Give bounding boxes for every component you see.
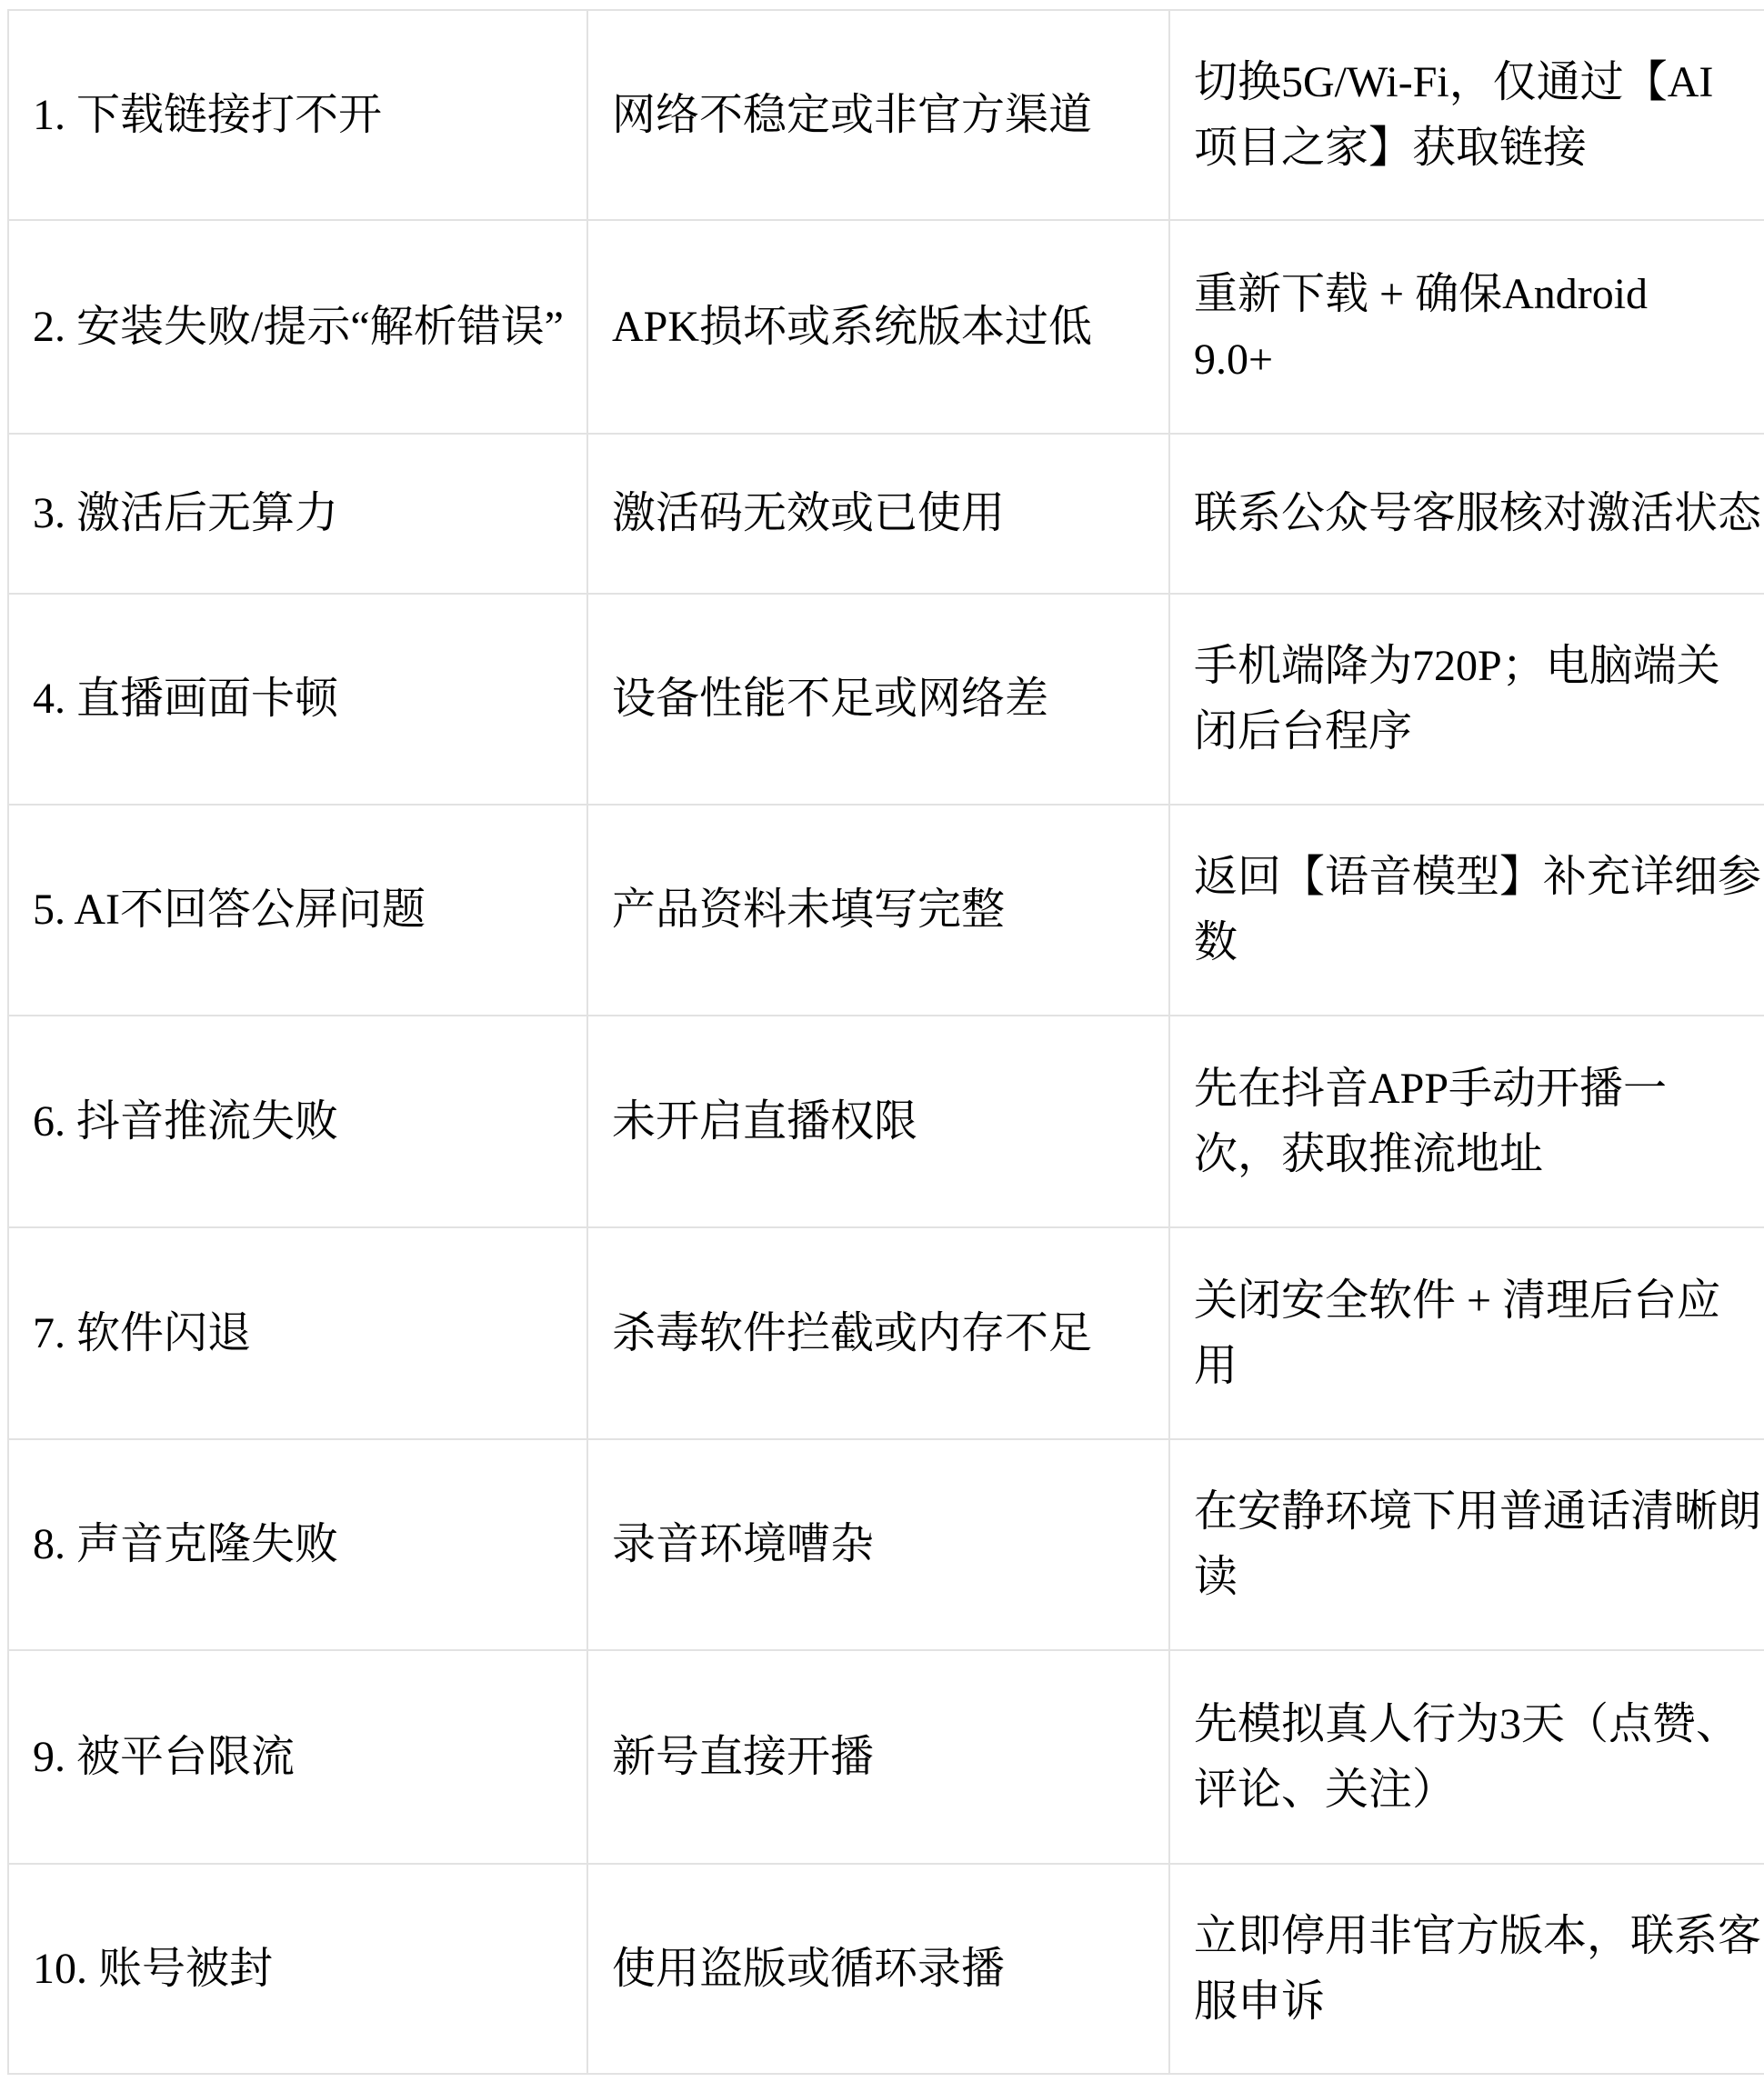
table-row: 4. 直播画面卡顿 设备性能不足或网络差 手机端降为720P；电脑端关 闭后台程… xyxy=(8,594,1764,805)
table-row: 1. 下载链接打不开 网络不稳定或非官方渠道 切换5G/Wi-Fi，仅通过【AI… xyxy=(8,10,1764,220)
cause-cell: 新号直接开播 xyxy=(587,1650,1169,1864)
problem-cell: 10. 账号被封 xyxy=(8,1864,587,2074)
cause-cell: 杀毒软件拦截或内存不足 xyxy=(587,1227,1169,1439)
problem-cell: 6. 抖音推流失败 xyxy=(8,1016,587,1227)
solution-cell: 重新下载 + 确保Android 9.0+ xyxy=(1169,220,1764,434)
table-row: 2. 安装失败/提示“解析错误” APK损坏或系统版本过低 重新下载 + 确保A… xyxy=(8,220,1764,434)
cause-cell: 产品资料未填写完整 xyxy=(587,805,1169,1016)
cause-cell: 网络不稳定或非官方渠道 xyxy=(587,10,1169,220)
table-row: 3. 激活后无算力 激活码无效或已使用 联系公众号客服核对激活状态 xyxy=(8,434,1764,594)
faq-table-body: 1. 下载链接打不开 网络不稳定或非官方渠道 切换5G/Wi-Fi，仅通过【AI… xyxy=(8,10,1764,2074)
table-row: 7. 软件闪退 杀毒软件拦截或内存不足 关闭安全软件 + 清理后台应 用 xyxy=(8,1227,1764,1439)
solution-cell: 返回【语音模型】补充详细参 数 xyxy=(1169,805,1764,1016)
problem-cell: 3. 激活后无算力 xyxy=(8,434,587,594)
solution-cell: 先在抖音APP手动开播一 次，获取推流地址 xyxy=(1169,1016,1764,1227)
table-row: 9. 被平台限流 新号直接开播 先模拟真人行为3天（点赞、 评论、关注） xyxy=(8,1650,1764,1864)
problem-cell: 5. AI不回答公屏问题 xyxy=(8,805,587,1016)
table-row: 5. AI不回答公屏问题 产品资料未填写完整 返回【语音模型】补充详细参 数 xyxy=(8,805,1764,1016)
problem-cell: 4. 直播画面卡顿 xyxy=(8,594,587,805)
cause-cell: APK损坏或系统版本过低 xyxy=(587,220,1169,434)
cause-cell: 使用盗版或循环录播 xyxy=(587,1864,1169,2074)
table-row: 6. 抖音推流失败 未开启直播权限 先在抖音APP手动开播一 次，获取推流地址 xyxy=(8,1016,1764,1227)
solution-cell: 先模拟真人行为3天（点赞、 评论、关注） xyxy=(1169,1650,1764,1864)
faq-table-container: 1. 下载链接打不开 网络不稳定或非官方渠道 切换5G/Wi-Fi，仅通过【AI… xyxy=(7,9,1764,2075)
solution-cell: 在安静环境下用普通话清晰朗 读 xyxy=(1169,1439,1764,1650)
cause-cell: 激活码无效或已使用 xyxy=(587,434,1169,594)
faq-table: 1. 下载链接打不开 网络不稳定或非官方渠道 切换5G/Wi-Fi，仅通过【AI… xyxy=(7,9,1764,2075)
problem-cell: 9. 被平台限流 xyxy=(8,1650,587,1864)
solution-cell: 手机端降为720P；电脑端关 闭后台程序 xyxy=(1169,594,1764,805)
cause-cell: 未开启直播权限 xyxy=(587,1016,1169,1227)
table-row: 8. 声音克隆失败 录音环境嘈杂 在安静环境下用普通话清晰朗 读 xyxy=(8,1439,1764,1650)
cause-cell: 设备性能不足或网络差 xyxy=(587,594,1169,805)
solution-cell: 切换5G/Wi-Fi，仅通过【AI 项目之家】获取链接 xyxy=(1169,10,1764,220)
solution-cell: 联系公众号客服核对激活状态 xyxy=(1169,434,1764,594)
solution-cell: 立即停用非官方版本，联系客 服申诉 xyxy=(1169,1864,1764,2074)
problem-cell: 2. 安装失败/提示“解析错误” xyxy=(8,220,587,434)
table-row: 10. 账号被封 使用盗版或循环录播 立即停用非官方版本，联系客 服申诉 xyxy=(8,1864,1764,2074)
solution-cell: 关闭安全软件 + 清理后台应 用 xyxy=(1169,1227,1764,1439)
cause-cell: 录音环境嘈杂 xyxy=(587,1439,1169,1650)
problem-cell: 7. 软件闪退 xyxy=(8,1227,587,1439)
problem-cell: 8. 声音克隆失败 xyxy=(8,1439,587,1650)
problem-cell: 1. 下载链接打不开 xyxy=(8,10,587,220)
